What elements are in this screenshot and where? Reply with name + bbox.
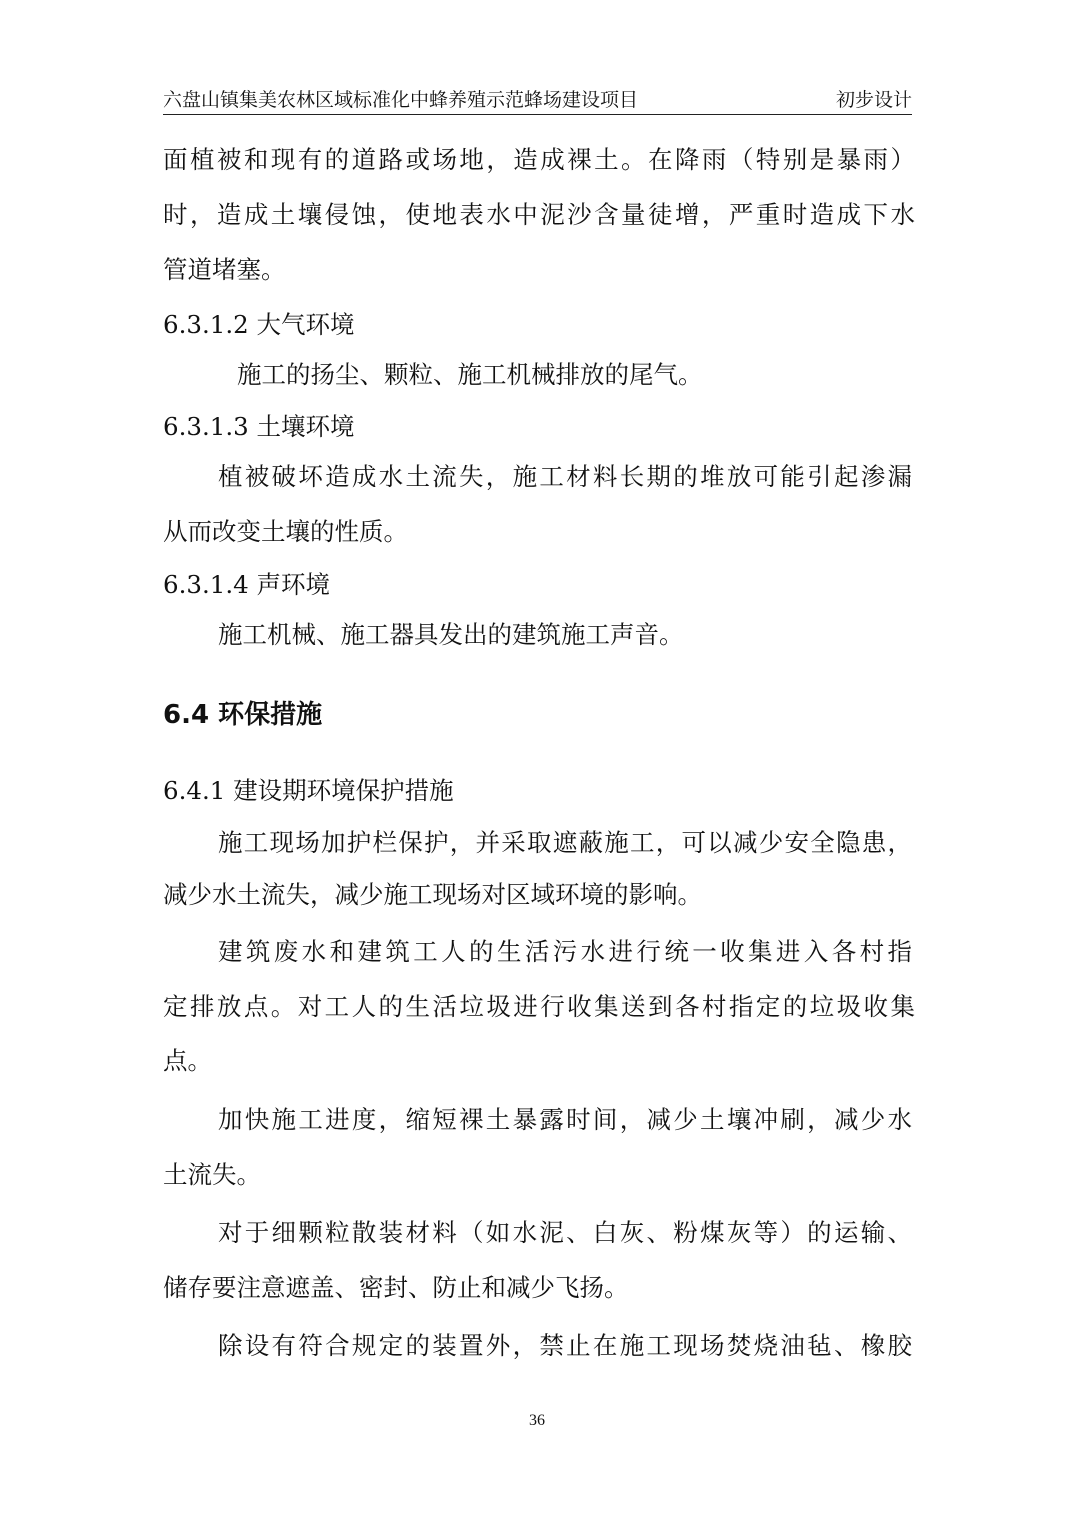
section-body-6-3-1-3-cont: 从而改变土壤的性质。 bbox=[163, 517, 915, 547]
body-text-line: 面植被和现有的道路或场地，造成裸土。在降雨（特别是暴雨） bbox=[163, 145, 915, 175]
paragraph-line: 点。 bbox=[163, 1046, 915, 1076]
paragraph-line: 土流失。 bbox=[163, 1160, 915, 1190]
section-heading-6-3-1-2: 6.3.1.2 大气环境 bbox=[163, 310, 915, 340]
page-header: 六盘山镇集美农林区域标准化中蜂养殖示范蜂场建设项目 初步设计 bbox=[163, 88, 912, 115]
paragraph-line: 储存要注意遮盖、密封、防止和减少飞扬。 bbox=[163, 1273, 915, 1303]
section-heading-6-3-1-3: 6.3.1.3 土壤环境 bbox=[163, 412, 915, 442]
paragraph-line: 对于细颗粒散装材料（如水泥、白灰、粉煤灰等）的运输、 bbox=[218, 1218, 912, 1248]
paragraph-line: 减少水土流失，减少施工现场对区域环境的影响。 bbox=[163, 880, 915, 910]
paragraph-line: 建筑废水和建筑工人的生活污水进行统一收集进入各村指 bbox=[218, 937, 912, 967]
body-text-line: 管道堵塞。 bbox=[163, 255, 915, 285]
paragraph-line: 除设有符合规定的装置外，禁止在施工现场焚烧油毡、橡胶 bbox=[218, 1331, 912, 1361]
section-body-6-3-1-4: 施工机械、施工器具发出的建筑施工声音。 bbox=[218, 620, 970, 650]
section-heading-6-4: 6.4 环保措施 bbox=[163, 698, 322, 732]
section-body-6-3-1-2: 施工的扬尘、颗粒、施工机械排放的尾气。 bbox=[237, 360, 989, 390]
paragraph-line: 定排放点。对工人的生活垃圾进行收集送到各村指定的垃圾收集 bbox=[163, 992, 915, 1022]
paragraph-line: 加快施工进度，缩短裸土暴露时间，减少土壤冲刷，减少水 bbox=[218, 1105, 912, 1135]
section-heading-6-4-1: 6.4.1 建设期环境保护措施 bbox=[163, 776, 915, 806]
section-body-6-3-1-3: 植被破坏造成水土流失，施工材料长期的堆放可能引起渗漏 bbox=[218, 462, 912, 492]
page-number: 36 bbox=[0, 1412, 1074, 1430]
section-heading-6-3-1-4: 6.3.1.4 声环境 bbox=[163, 570, 915, 600]
paragraph-line: 施工现场加护栏保护，并采取遮蔽施工，可以减少安全隐患， bbox=[218, 828, 912, 858]
design-stage-label: 初步设计 bbox=[836, 88, 912, 112]
document-title: 六盘山镇集美农林区域标准化中蜂养殖示范蜂场建设项目 bbox=[163, 88, 638, 112]
body-text-line: 时，造成土壤侵蚀，使地表水中泥沙含量徒增，严重时造成下水 bbox=[163, 200, 915, 230]
